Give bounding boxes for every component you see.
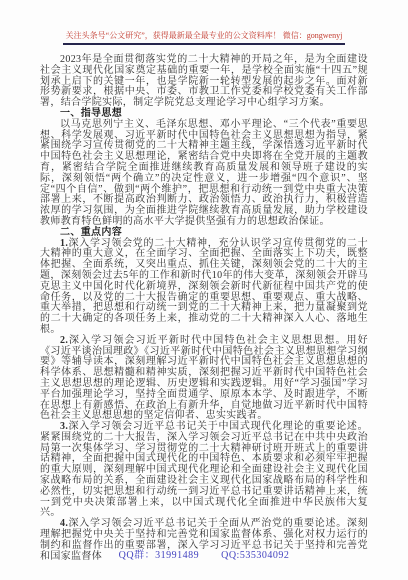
paragraph-item-2: 2.深入学习领会习近平新时代中国特色社会主义思想思想。用好《习近平谈治国理政》《…	[40, 336, 368, 422]
item-text-1: 深入学习领会党的二十大精神，充分认识学习宣传贯彻党的二十大精神的重大意义，在全面…	[40, 238, 368, 335]
document-body: 2023年是全面贯彻落实党的二十大精神的开局之年，是为全面建设社会主义现代化国家…	[40, 55, 368, 562]
document-page: 关注头条号“公文研究”，获得最新最全最专业的公文资料库！ 微信：gongweny…	[0, 0, 408, 580]
qq-number: QQ:535304092	[221, 550, 289, 561]
item-number-4: 4.	[60, 518, 68, 529]
item-text-3: 深入学习领会习近平总书记关于中国式现代化理论的重要论述。紧紧围绕党的二十大报告，…	[40, 421, 368, 518]
paragraph-guiding-ideology: 以马克思列宁主义、毛泽东思想、邓小平理论、“三个代表”重要思想、科学发展观、习近…	[40, 120, 368, 228]
paragraph-intro: 2023年是全面贯彻落实党的二十大精神的开局之年，是为全面建设社会主义现代化国家…	[40, 55, 368, 109]
promo-banner: 关注头条号“公文研究”，获得最新最全最专业的公文资料库！ 微信：gongweny…	[0, 25, 408, 45]
item-number-1: 1.	[60, 238, 68, 249]
footer-contact: QQ群：31991489QQ:535304092	[0, 546, 408, 561]
promo-banner-text: 关注头条号“公文研究”，获得最新最全最专业的公文资料库！ 微信：gongweny…	[63, 30, 346, 45]
item-text-2: 深入学习领会习近平新时代中国特色社会主义思想思想。用好《习近平谈治国理政》《习近…	[40, 335, 368, 422]
item-number-2: 2.	[60, 335, 68, 346]
paragraph-item-1: 1.深入学习领会党的二十大精神，充分认识学习宣传贯彻党的二十大精神的重大意义，在…	[40, 239, 368, 336]
item-number-3: 3.	[60, 421, 68, 432]
qq-group-number: QQ群：31991489	[119, 550, 199, 561]
paragraph-item-3: 3.深入学习领会习近平总书记关于中国式现代化理论的重要论述。紧紧围绕党的二十大报…	[40, 422, 368, 519]
